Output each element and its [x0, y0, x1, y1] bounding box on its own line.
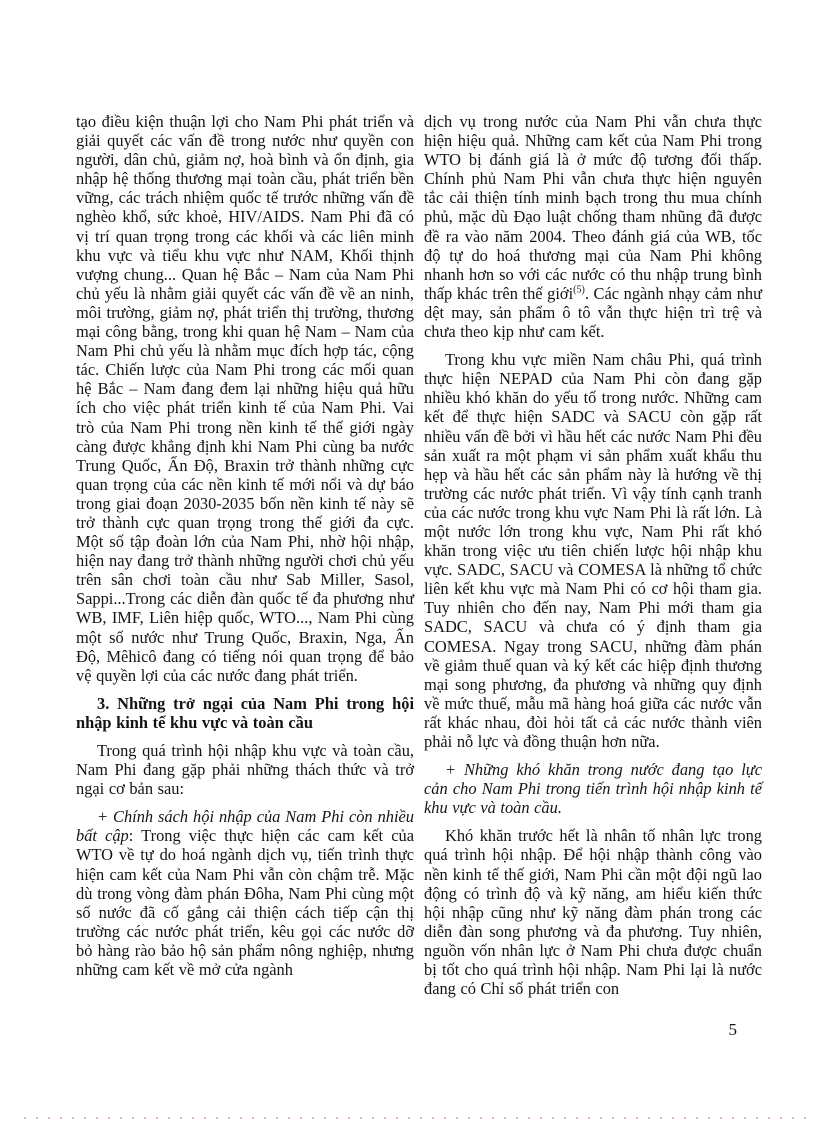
page-number: 5: [729, 1020, 738, 1040]
footer-dotted-divider: [24, 1117, 816, 1119]
footnote-marker: (5): [573, 284, 585, 295]
body-paragraph: + Chính sách hội nhập của Nam Phi còn nh…: [76, 807, 414, 979]
body-paragraph: + Những khó khăn trong nước đang tạo lực…: [424, 760, 762, 817]
text-run: : Trong việc thực hiện các cam kết của W…: [76, 826, 414, 979]
document-page: tạo điều kiện thuận lợi cho Nam Phi phát…: [0, 0, 816, 1123]
section-heading: 3. Những trở ngại của Nam Phi trong hội …: [76, 694, 414, 732]
body-paragraph: Khó khăn trước hết là nhân tố nhân lực t…: [424, 826, 762, 998]
body-paragraph: dịch vụ trong nước của Nam Phi vẫn chưa …: [424, 112, 762, 341]
text-run: dịch vụ trong nước của Nam Phi vẫn chưa …: [424, 112, 762, 303]
text-column-right: dịch vụ trong nước của Nam Phi vẫn chưa …: [424, 112, 762, 1007]
body-paragraph: Trong quá trình hội nhập khu vực và toàn…: [76, 741, 414, 798]
text-run: Trong khu vực miền Nam châu Phi, quá trì…: [424, 350, 762, 751]
text-run: Khó khăn trước hết là nhân tố nhân lực t…: [424, 826, 762, 998]
text-run: + Những khó khăn trong nước đang tạo lực…: [424, 760, 762, 817]
text-run: 3. Những trở ngại của Nam Phi trong hội …: [76, 694, 414, 732]
body-paragraph: Trong khu vực miền Nam châu Phi, quá trì…: [424, 350, 762, 751]
text-column-left: tạo điều kiện thuận lợi cho Nam Phi phát…: [76, 112, 414, 1007]
text-columns: tạo điều kiện thuận lợi cho Nam Phi phát…: [76, 112, 762, 1007]
text-run: tạo điều kiện thuận lợi cho Nam Phi phát…: [76, 112, 414, 685]
text-run: Trong quá trình hội nhập khu vực và toàn…: [76, 741, 414, 798]
body-paragraph: tạo điều kiện thuận lợi cho Nam Phi phát…: [76, 112, 414, 685]
